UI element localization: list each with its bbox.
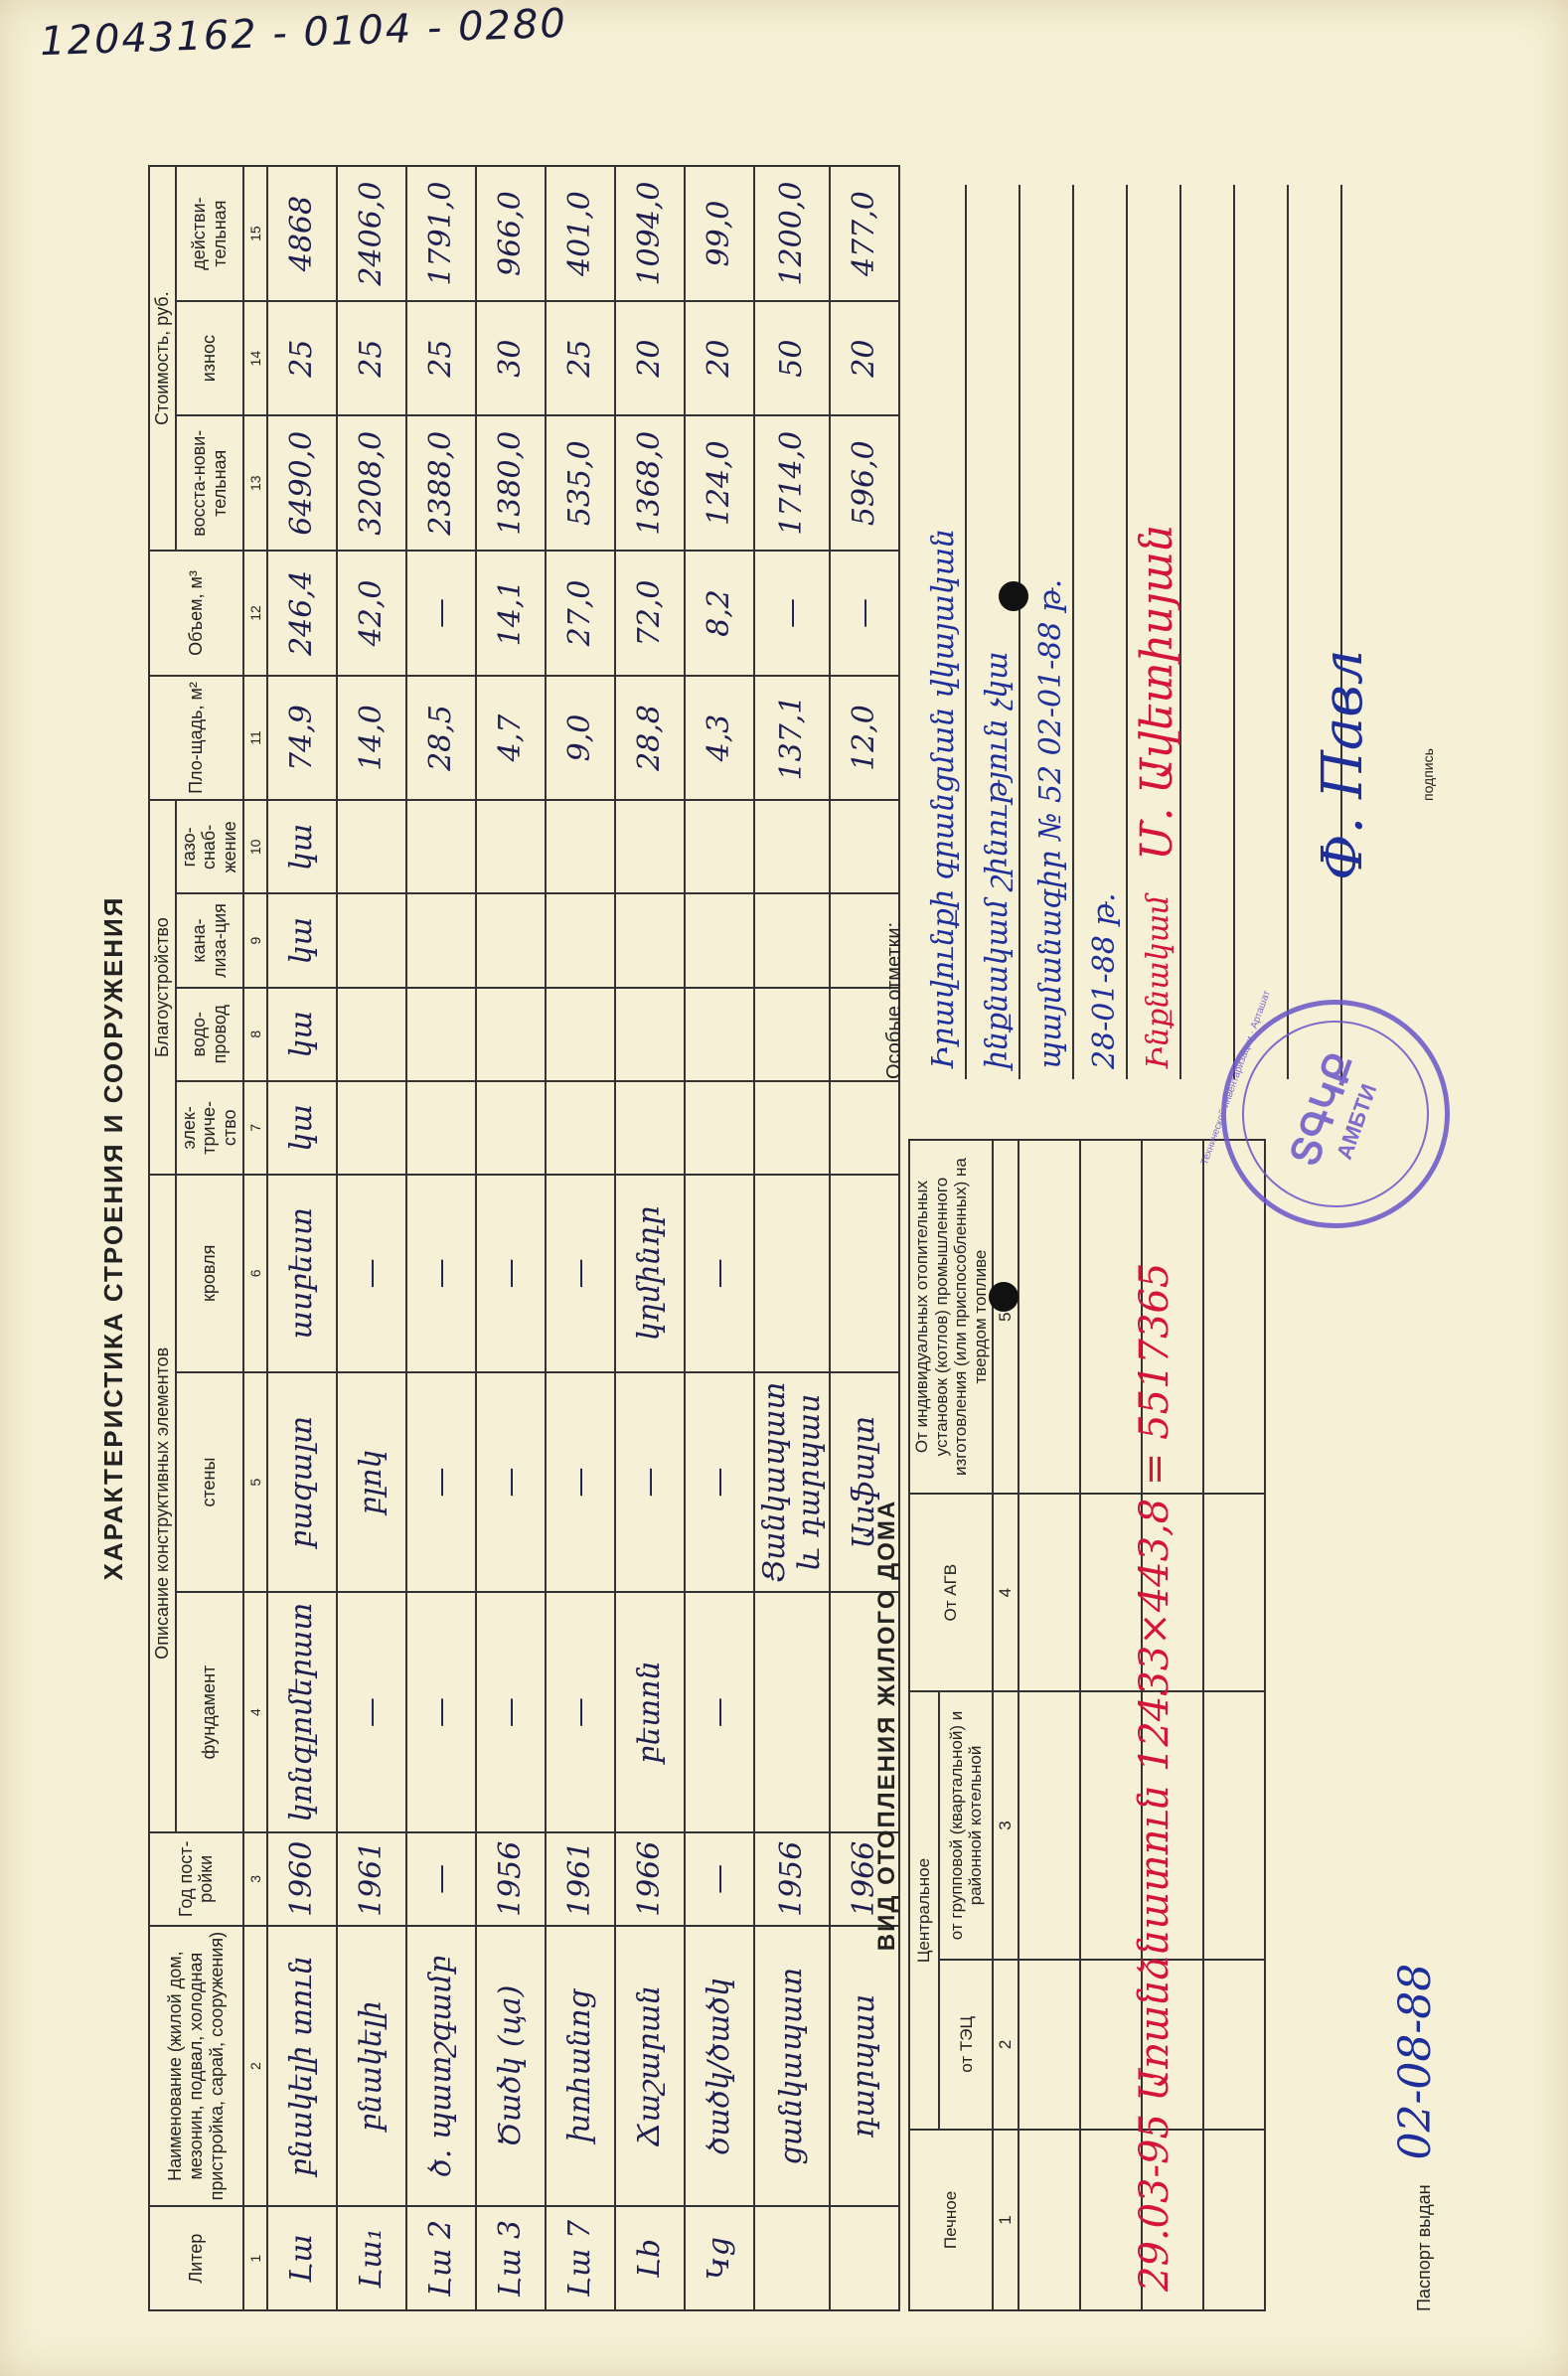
cell-name: բնակելի տուն bbox=[267, 1926, 337, 2206]
cell-roof: — bbox=[337, 1175, 406, 1372]
cell-area: 4,7 bbox=[476, 676, 546, 801]
heat-col-agv: От АГВ bbox=[909, 1494, 993, 1691]
cell-water bbox=[337, 988, 406, 1081]
issued-date: 02-08-88 bbox=[1390, 1964, 1441, 2160]
cell-liter: Լա 2 bbox=[406, 2206, 476, 2310]
cell-area: 137,1 bbox=[754, 676, 830, 801]
cell-volume: 246,4 bbox=[267, 551, 337, 676]
heat-row bbox=[1203, 1140, 1265, 2310]
cell-restore: 596,0 bbox=[830, 415, 899, 551]
cell-sewer bbox=[754, 893, 830, 987]
col-area: Пло-щадь, м² bbox=[149, 676, 243, 801]
remark-line: պայմանագիր № 52 02-01-88 թ. bbox=[1033, 579, 1068, 1069]
cell-name: Ճաշարան bbox=[615, 1926, 685, 2206]
cell-foundation: բետոն bbox=[615, 1592, 685, 1831]
cell-name: ծածկ/ծածկ bbox=[685, 1926, 754, 2206]
cell-walls: բազալտ bbox=[267, 1372, 337, 1593]
table-row: Լաբնակելի տուն1960կոնգլոմերատբազալտասբես… bbox=[267, 166, 337, 2310]
cell-area: 12,0 bbox=[830, 676, 899, 801]
col-num: 5 bbox=[243, 1372, 267, 1593]
cell-sewer bbox=[685, 893, 754, 987]
cell-gas: կա bbox=[267, 800, 337, 893]
cell-sewer: կա bbox=[267, 893, 337, 987]
cell-el bbox=[615, 1081, 685, 1175]
cell-wear: 20 bbox=[615, 301, 685, 415]
cell-liter bbox=[754, 2206, 830, 2310]
col-num: 7 bbox=[243, 1081, 267, 1175]
cell-actual: 4868 bbox=[267, 166, 337, 301]
heat-col-boiler: от групповой (квартальной) и районной ко… bbox=[939, 1691, 993, 1960]
heat-num: 2 bbox=[993, 1960, 1019, 2130]
col-num: 2 bbox=[243, 1926, 267, 2206]
cell-actual: 966,0 bbox=[476, 166, 546, 301]
cell-volume: — bbox=[830, 551, 899, 676]
col-num: 12 bbox=[243, 551, 267, 676]
cell-volume: — bbox=[406, 551, 476, 676]
cell-roof: — bbox=[476, 1175, 546, 1372]
issued-label: Паспорт выдан bbox=[1414, 2184, 1434, 2311]
remarks-label: Особые отметки: bbox=[883, 922, 906, 1079]
cell-water bbox=[615, 988, 685, 1081]
cell-roof bbox=[754, 1175, 830, 1372]
col-num: 6 bbox=[243, 1175, 267, 1372]
remark-red-line: Ինքնակամ bbox=[1141, 895, 1176, 1069]
cell-year: 1960 bbox=[267, 1832, 337, 1926]
cell-actual: 1200,0 bbox=[754, 166, 830, 301]
signature: Ф. Павл bbox=[1311, 649, 1375, 880]
cell-volume: — bbox=[754, 551, 830, 676]
red-signature: Մ. Ավետիսյան bbox=[1132, 524, 1182, 861]
cell-gas bbox=[476, 800, 546, 893]
cell-liter: Լb bbox=[615, 2206, 685, 2310]
cell-actual: 2406,0 bbox=[337, 166, 406, 301]
col-year: Год пост-ройки bbox=[149, 1832, 243, 1926]
cell-sewer bbox=[476, 893, 546, 987]
col-actual-cost: действи-тельная bbox=[176, 166, 243, 301]
cell-year: 1961 bbox=[546, 1832, 615, 1926]
table-row: Լա 7խոհանոց1961———9,027,0535,025401,0 bbox=[546, 166, 615, 2310]
cell-year: — bbox=[685, 1832, 754, 1926]
cell-el bbox=[337, 1081, 406, 1175]
group-amenities: Благоустройство bbox=[149, 800, 176, 1175]
remark-line: ինքնակամ շինություն չկա bbox=[980, 651, 1015, 1069]
cell-name: խոհանոց bbox=[546, 1926, 615, 2206]
cell-sewer bbox=[546, 893, 615, 987]
cell-wear: 30 bbox=[476, 301, 546, 415]
cell-water bbox=[754, 988, 830, 1081]
cell-foundation: — bbox=[476, 1592, 546, 1831]
cell-liter: Լա₁ bbox=[337, 2206, 406, 2310]
heat-num: 5 bbox=[993, 1140, 1019, 1494]
col-num: 10 bbox=[243, 800, 267, 893]
cell-foundation: — bbox=[406, 1592, 476, 1831]
table-row: Լա₁բնակելի1961—բլոկ—14,042,03208,0252406… bbox=[337, 166, 406, 2310]
buildings-table: Литер Наименование (жилой дом, мезонин, … bbox=[148, 165, 900, 2311]
heat-num: 4 bbox=[993, 1494, 1019, 1691]
page-title: ХАРАКТЕРИСТИКА СТРОЕНИЯ И СООРУЖЕНИЯ bbox=[98, 105, 129, 2371]
cell-liter: Լա 7 bbox=[546, 2206, 615, 2310]
col-num: 8 bbox=[243, 988, 267, 1081]
cell-year: 1961 bbox=[337, 1832, 406, 1926]
cell-liter: Լա bbox=[267, 2206, 337, 2310]
cell-area: 28,5 bbox=[406, 676, 476, 801]
table-row: Կgծածկ/ծածկ————4,38,2124,02099,0 bbox=[685, 166, 754, 2310]
cell-area: 4,3 bbox=[685, 676, 754, 801]
remark-line: 28-01-88 թ. bbox=[1087, 892, 1122, 1069]
cell-sewer bbox=[406, 893, 476, 987]
cell-year: 1966 bbox=[615, 1832, 685, 1926]
cell-water bbox=[476, 988, 546, 1081]
cell-roof: ասբեստ bbox=[267, 1175, 337, 1372]
heat-col-stove: Печное bbox=[909, 2130, 993, 2310]
passport-issued: Паспорт выдан 02-08-88 bbox=[1390, 1964, 1441, 2311]
cell-area: 28,8 bbox=[615, 676, 685, 801]
cell-sewer bbox=[615, 893, 685, 987]
cell-water: կա bbox=[267, 988, 337, 1081]
heat-row bbox=[1019, 1140, 1080, 2310]
col-foundation: фундамент bbox=[176, 1592, 243, 1831]
cell-gas bbox=[830, 800, 899, 893]
cell-liter: Կg bbox=[685, 2206, 754, 2310]
heating-table: Печное Центральное От АГВ От индивидуаль… bbox=[908, 1139, 1266, 2311]
heat-col-individual: От индивидуальных отопительных установок… bbox=[909, 1140, 993, 1494]
cell-gas bbox=[337, 800, 406, 893]
group-cost: Стоимость, руб. bbox=[149, 166, 176, 551]
cell-el bbox=[754, 1081, 830, 1175]
punch-hole bbox=[999, 581, 1028, 611]
heating-title: ВИД ОТОПЛЕНИЯ ЖИЛОГО ДОМА bbox=[873, 1139, 901, 2311]
cell-gas bbox=[615, 800, 685, 893]
cell-wear: 25 bbox=[546, 301, 615, 415]
col-num: 15 bbox=[243, 166, 267, 301]
table-row: Լա 3Ծածկ (ца)1956———4,714,11380,030966,0 bbox=[476, 166, 546, 2310]
col-num: 9 bbox=[243, 893, 267, 987]
cell-area: 14,0 bbox=[337, 676, 406, 801]
cell-volume: 42,0 bbox=[337, 551, 406, 676]
cell-actual: 401,0 bbox=[546, 166, 615, 301]
cell-name: Ծածկ (ца) bbox=[476, 1926, 546, 2206]
cell-walls: — bbox=[546, 1372, 615, 1593]
cell-gas bbox=[406, 800, 476, 893]
punch-hole bbox=[989, 1282, 1019, 1312]
col-num: 11 bbox=[243, 676, 267, 801]
cell-name: ցանկապատ bbox=[754, 1926, 830, 2206]
heat-num: 1 bbox=[993, 2130, 1019, 2310]
cell-restore: 6490,0 bbox=[267, 415, 337, 551]
col-roof: кровля bbox=[176, 1175, 243, 1372]
cell-gas bbox=[754, 800, 830, 893]
remarks-block: Իրավունքի գրանցման վկայական ինքնակամ շին… bbox=[913, 185, 1342, 1079]
cell-foundation: — bbox=[546, 1592, 615, 1831]
cell-area: 74,9 bbox=[267, 676, 337, 801]
cell-volume: 14,1 bbox=[476, 551, 546, 676]
cell-wear: 50 bbox=[754, 301, 830, 415]
cell-water bbox=[685, 988, 754, 1081]
cell-gas bbox=[546, 800, 615, 893]
heat-col-tec: от ТЭЦ bbox=[939, 1960, 993, 2130]
col-volume: Объем, м³ bbox=[149, 551, 243, 676]
cell-el bbox=[546, 1081, 615, 1175]
cell-roof: — bbox=[685, 1175, 754, 1372]
cell-name: բնակելի bbox=[337, 1926, 406, 2206]
cell-sewer bbox=[337, 893, 406, 987]
cell-year: — bbox=[406, 1832, 476, 1926]
cell-wear: 25 bbox=[267, 301, 337, 415]
cell-walls: Ցանկապատ և դարպաս bbox=[754, 1372, 830, 1593]
registry-number: 12043162 - 0104 - 0280 bbox=[39, 1, 567, 66]
cell-wear: 20 bbox=[830, 301, 899, 415]
cell-actual: 1094,0 bbox=[615, 166, 685, 301]
cell-restore: 1368,0 bbox=[615, 415, 685, 551]
cell-liter: Լա 3 bbox=[476, 2206, 546, 2310]
cell-foundation: — bbox=[685, 1592, 754, 1831]
col-wear: износ bbox=[176, 301, 243, 415]
col-name: Наименование (жилой дом, мезонин, подвал… bbox=[149, 1926, 243, 2206]
signature-label: подпись bbox=[1420, 748, 1436, 801]
table-row: ԼbՃաշարան1966բետոն—կղմինդր28,872,01368,0… bbox=[615, 166, 685, 2310]
cell-foundation: կոնգլոմերատ bbox=[267, 1592, 337, 1831]
heat-num: 3 bbox=[993, 1691, 1019, 1960]
cell-gas bbox=[685, 800, 754, 893]
cell-walls: — bbox=[476, 1372, 546, 1593]
cell-actual: 1791,0 bbox=[406, 166, 476, 301]
cell-foundation: — bbox=[337, 1592, 406, 1831]
col-walls: стены bbox=[176, 1372, 243, 1593]
cell-year: 1956 bbox=[476, 1832, 546, 1926]
table-row: Լա 2ծ. պատշգամբ————28,5—2388,0251791,0 bbox=[406, 166, 476, 2310]
col-water: водо-провод bbox=[176, 988, 243, 1081]
cell-el: կա bbox=[267, 1081, 337, 1175]
cell-el bbox=[476, 1081, 546, 1175]
group-description: Описание конструктивных элементов bbox=[149, 1175, 176, 1832]
cell-walls: բլոկ bbox=[337, 1372, 406, 1593]
heat-group-central: Центральное bbox=[909, 1691, 939, 2130]
cell-volume: 72,0 bbox=[615, 551, 685, 676]
cell-name: ծ. պատշգամբ bbox=[406, 1926, 476, 2206]
col-liter: Литер bbox=[149, 2206, 243, 2310]
col-electricity: элек-триче-ство bbox=[176, 1081, 243, 1175]
cell-wear: 25 bbox=[337, 301, 406, 415]
cell-restore: 1714,0 bbox=[754, 415, 830, 551]
cell-walls: — bbox=[615, 1372, 685, 1593]
col-restore-cost: восста-нови-тельная bbox=[176, 415, 243, 551]
cell-roof: կղմինդր bbox=[615, 1175, 685, 1372]
cell-area: 9,0 bbox=[546, 676, 615, 801]
cell-roof: — bbox=[406, 1175, 476, 1372]
col-num: 3 bbox=[243, 1832, 267, 1926]
cell-water bbox=[406, 988, 476, 1081]
cell-actual: 99,0 bbox=[685, 166, 754, 301]
red-annotation: 29.03-95 Առանձնատուն 12433×443,8 = 55173… bbox=[1132, 1263, 1177, 2292]
inventory-sheet: ХАРАКТЕРИСТИКА СТРОЕНИЯ И СООРУЖЕНИЯ Лит… bbox=[98, 105, 1470, 2371]
cell-restore: 124,0 bbox=[685, 415, 754, 551]
col-sewer: кана-лиза-ция bbox=[176, 893, 243, 987]
cell-wear: 25 bbox=[406, 301, 476, 415]
cell-walls: — bbox=[685, 1372, 754, 1593]
cell-el bbox=[685, 1081, 754, 1175]
table-row: ցանկապատ1956Ցանկապատ և դարպաս137,1—1714,… bbox=[754, 166, 830, 2310]
cell-restore: 535,0 bbox=[546, 415, 615, 551]
cell-restore: 3208,0 bbox=[337, 415, 406, 551]
cell-restore: 1380,0 bbox=[476, 415, 546, 551]
cell-walls: — bbox=[406, 1372, 476, 1593]
cell-wear: 20 bbox=[685, 301, 754, 415]
cell-foundation bbox=[754, 1592, 830, 1831]
cell-volume: 27,0 bbox=[546, 551, 615, 676]
col-num: 13 bbox=[243, 415, 267, 551]
col-num: 4 bbox=[243, 1592, 267, 1831]
cell-roof: — bbox=[546, 1175, 615, 1372]
remark-line: Իրավունքի գրանցման վկայական bbox=[926, 529, 961, 1069]
cell-year: 1956 bbox=[754, 1832, 830, 1926]
cell-volume: 8,2 bbox=[685, 551, 754, 676]
cell-el bbox=[406, 1081, 476, 1175]
cell-actual: 477,0 bbox=[830, 166, 899, 301]
col-num: 14 bbox=[243, 301, 267, 415]
cell-water bbox=[546, 988, 615, 1081]
col-gas: газо-снаб-жение bbox=[176, 800, 243, 893]
col-num: 1 bbox=[243, 2206, 267, 2310]
cell-restore: 2388,0 bbox=[406, 415, 476, 551]
